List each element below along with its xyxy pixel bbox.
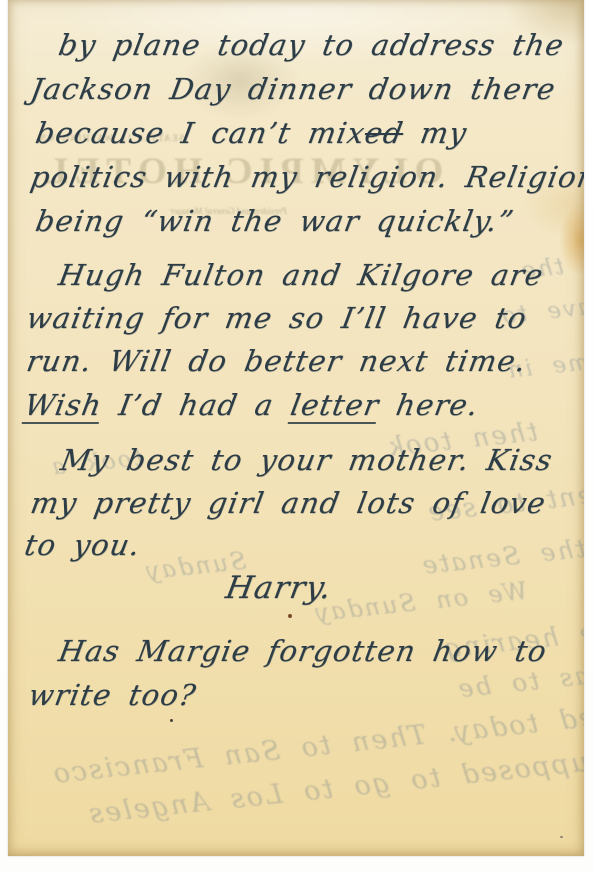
handwriting-line: to you. bbox=[22, 528, 143, 562]
line-text: my bbox=[400, 116, 470, 150]
line-text: because I can’t mix bbox=[33, 116, 368, 150]
bleedthrough-line: We on Sunday bbox=[312, 577, 528, 627]
bleedthrough-line: to the Senate bbox=[419, 529, 584, 580]
handwriting-line: Has Margie forgotten how to bbox=[56, 634, 550, 668]
handwriting-line: because I can’t mixed my bbox=[33, 116, 470, 150]
ink-speck bbox=[560, 836, 563, 838]
struck-word: ed bbox=[362, 116, 406, 150]
letter-page: SEATTLE 11, WASHINGTON OLYMPIC HOTEL Pre… bbox=[8, 0, 584, 856]
underlined-word: letter bbox=[288, 388, 382, 424]
handwriting-line: run. Will do better next time. bbox=[24, 344, 529, 378]
handwriting-line: politics with my religion. Religion bbox=[28, 160, 584, 194]
scanner-background: SEATTLE 11, WASHINGTON OLYMPIC HOTEL Pre… bbox=[0, 0, 594, 871]
handwriting-line: my pretty girl and lots of love bbox=[28, 486, 549, 520]
handwriting-line: waiting for me so I’ll have to bbox=[24, 301, 530, 335]
handwriting-line: Wish I’d had a letter here. bbox=[22, 388, 482, 422]
handwriting-line: by plane today to address the bbox=[56, 28, 567, 62]
handwriting-line: being “win the war quickly.” bbox=[33, 204, 517, 238]
underlined-word: Wish bbox=[22, 388, 105, 424]
line-text: here. bbox=[376, 388, 482, 422]
line-text: I’d had a bbox=[99, 388, 294, 422]
handwriting-line: My best to your mother. Kiss bbox=[58, 443, 556, 477]
ink-speck bbox=[170, 719, 173, 722]
handwriting-line: write too? bbox=[26, 678, 199, 712]
handwriting-line: Jackson Day dinner down there bbox=[28, 72, 559, 106]
signature: Harry. bbox=[223, 570, 335, 606]
handwriting-line: Hugh Fulton and Kilgore are bbox=[56, 258, 546, 292]
ink-speck bbox=[288, 614, 292, 618]
